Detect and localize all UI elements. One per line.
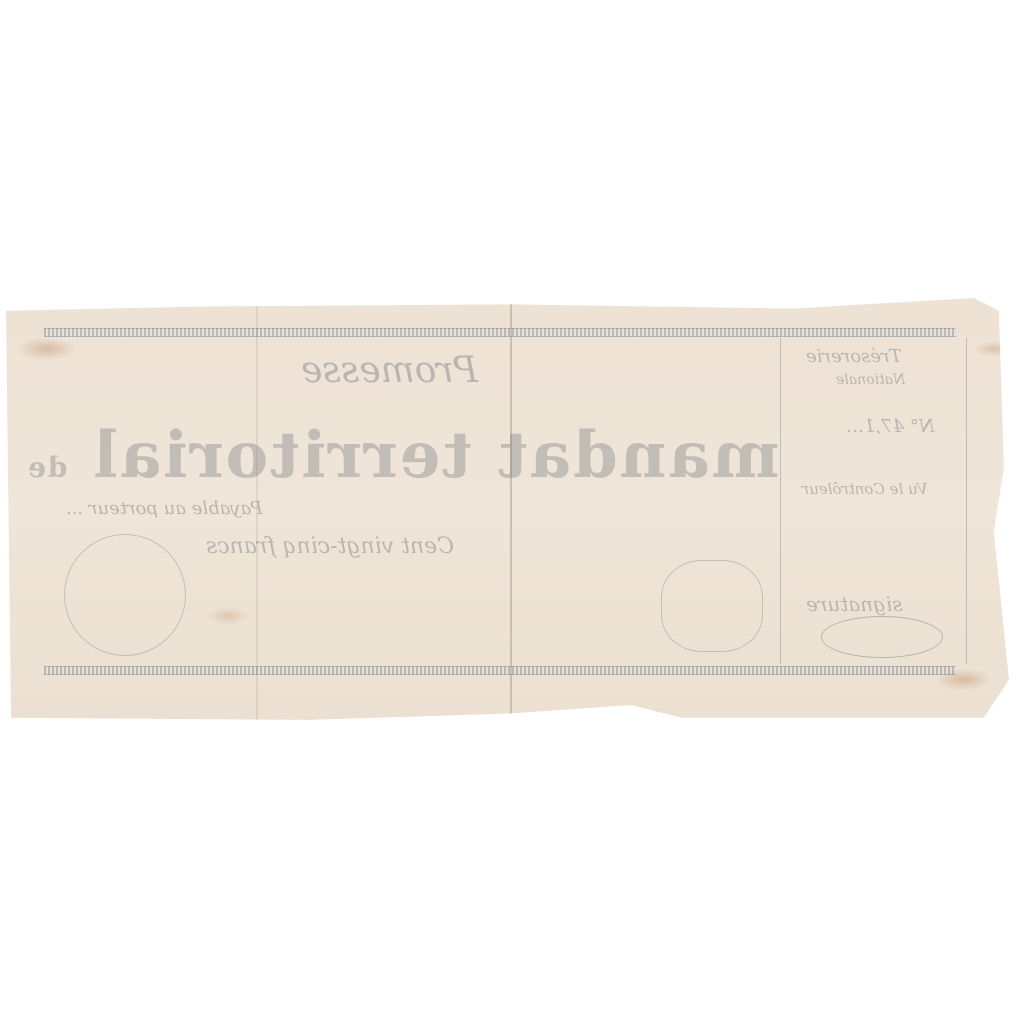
panel-divider xyxy=(966,338,967,664)
banknote: Promesse mandat territorial de Payable a… xyxy=(6,298,1014,722)
side-line1: Trésorerie xyxy=(806,346,902,367)
side-line2: Nationale xyxy=(836,372,905,388)
dry-seal-center xyxy=(661,560,763,652)
top-border-pattern xyxy=(44,328,956,337)
signature-flourish xyxy=(821,616,943,658)
title-text: mandat territorial de xyxy=(26,418,780,493)
subtitle-text: Payable au porteur ... xyxy=(66,498,263,519)
panel-divider xyxy=(780,338,781,664)
fold-line xyxy=(510,298,512,722)
heading-text: Promesse xyxy=(301,350,478,391)
value-text: Cent vingt-cinq francs xyxy=(206,534,454,559)
dry-seal-left xyxy=(64,534,186,656)
control-text: Vu le Contrôleur xyxy=(802,480,928,498)
bottom-border-pattern xyxy=(44,666,956,675)
serial-number: N° 47,1… xyxy=(846,416,935,437)
signature-text: signature xyxy=(806,592,903,616)
